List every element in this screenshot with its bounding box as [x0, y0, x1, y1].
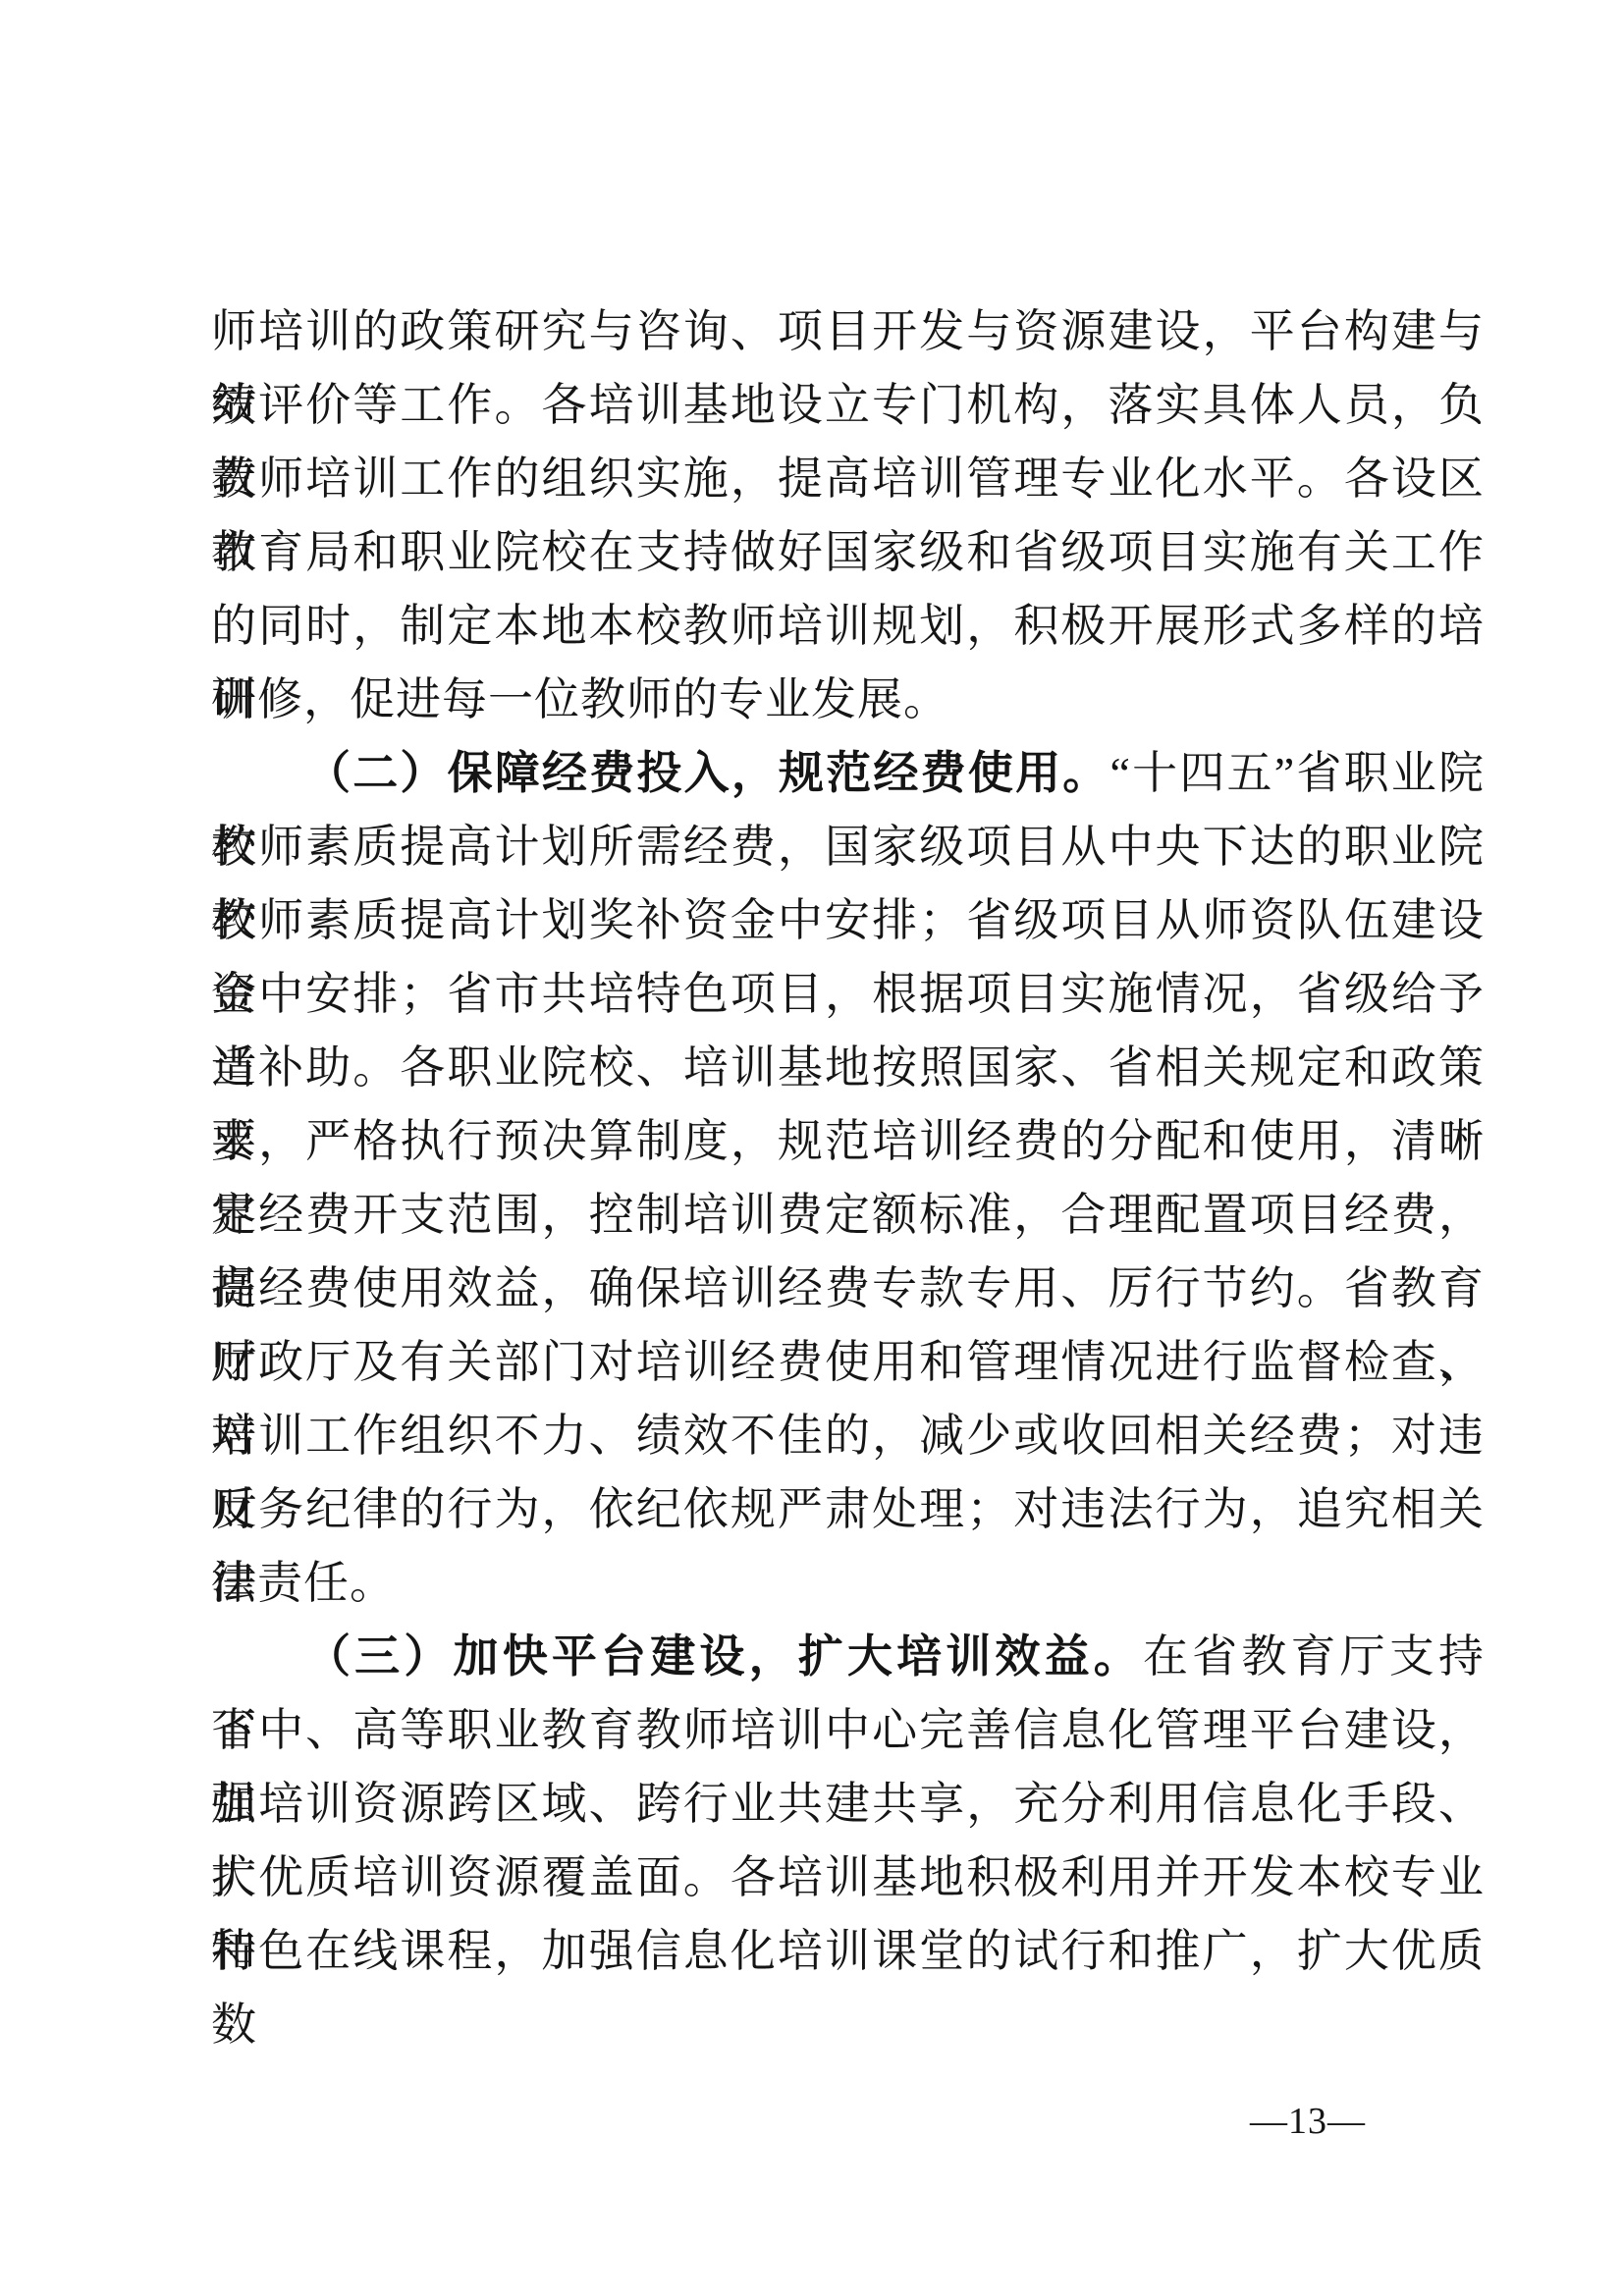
text-line: 财政厅及有关部门对培训经费使用和管理情况进行监督检查，对 [211, 1325, 1485, 1399]
text-line: 当补助。各职业院校、培训基地按照国家、省相关规定和政策要 [211, 1031, 1485, 1104]
text-line: 高经费使用效益，确保培训经费专款专用、厉行节约。省教育厅、 [211, 1252, 1485, 1325]
text-line: 教师培训工作的组织实施，提高培训管理专业化水平。各设区市 [211, 442, 1485, 515]
section-heading: （三）加快平台建设，扩大培训效益。 [305, 1631, 1143, 1682]
text-line: 教师素质提高计划所需经费，国家级项目从中央下达的职业院校 [211, 810, 1485, 883]
text-line: 强培训资源跨区域、跨行业共建共享，充分利用信息化手段、扩 [211, 1767, 1485, 1841]
page-number: —13— [1250, 2097, 1366, 2146]
text-line: 研修，促进每一位教师的专业发展。 [211, 663, 1485, 736]
text-line: 金中安排；省市共培特色项目，根据项目实施情况，省级给予适 [211, 957, 1485, 1031]
text-line: （二）保障经费投入，规范经费使用。“十四五”省职业院校 [211, 736, 1485, 810]
text-line: 的同时，制定本地本校教师培训规划，积极开展形式多样的培训 [211, 589, 1485, 663]
text-line: 培训工作组织不力、绩效不佳的，减少或收回相关经费；对违反 [211, 1399, 1485, 1472]
text-line: 省中、高等职业教育教师培训中心完善信息化管理平台建设，加 [211, 1693, 1485, 1767]
text-line: 教师素质提高计划奖补资金中安排；省级项目从师资队伍建设资 [211, 883, 1485, 957]
text-line: 定经费开支范围，控制培训费定额标准，合理配置项目经费，提 [211, 1178, 1485, 1252]
document-page: 师培训的政策研究与咨询、项目开发与资源建设，平台构建与绩 效评价等工作。各培训基… [0, 0, 1623, 2296]
text-line: 求，严格执行预决算制度，规范培训经费的分配和使用，清晰界 [211, 1104, 1485, 1178]
text-line: 效评价等工作。各培训基地设立专门机构，落实具体人员，负责 [211, 368, 1485, 442]
text-line: 师培训的政策研究与咨询、项目开发与资源建设，平台构建与绩 [211, 294, 1485, 368]
text-line: 教育局和职业院校在支持做好国家级和省级项目实施有关工作 [211, 515, 1485, 589]
text-line: 大优质培训资源覆盖面。各培训基地积极利用并开发本校专业和 [211, 1841, 1485, 1914]
document-body: 师培训的政策研究与咨询、项目开发与资源建设，平台构建与绩 效评价等工作。各培训基… [211, 294, 1485, 1988]
section-heading: （二）保障经费投入，规范经费使用。 [305, 748, 1110, 798]
text-line: 律责任。 [211, 1546, 1485, 1620]
text-line: 特色在线课程，加强信息化培训课堂的试行和推广，扩大优质数 [211, 1914, 1485, 1988]
text-line: 财务纪律的行为，依纪依规严肃处理；对违法行为，追究相关法 [211, 1472, 1485, 1546]
text-line: （三）加快平台建设，扩大培训效益。在省教育厅支持下， [211, 1620, 1485, 1693]
